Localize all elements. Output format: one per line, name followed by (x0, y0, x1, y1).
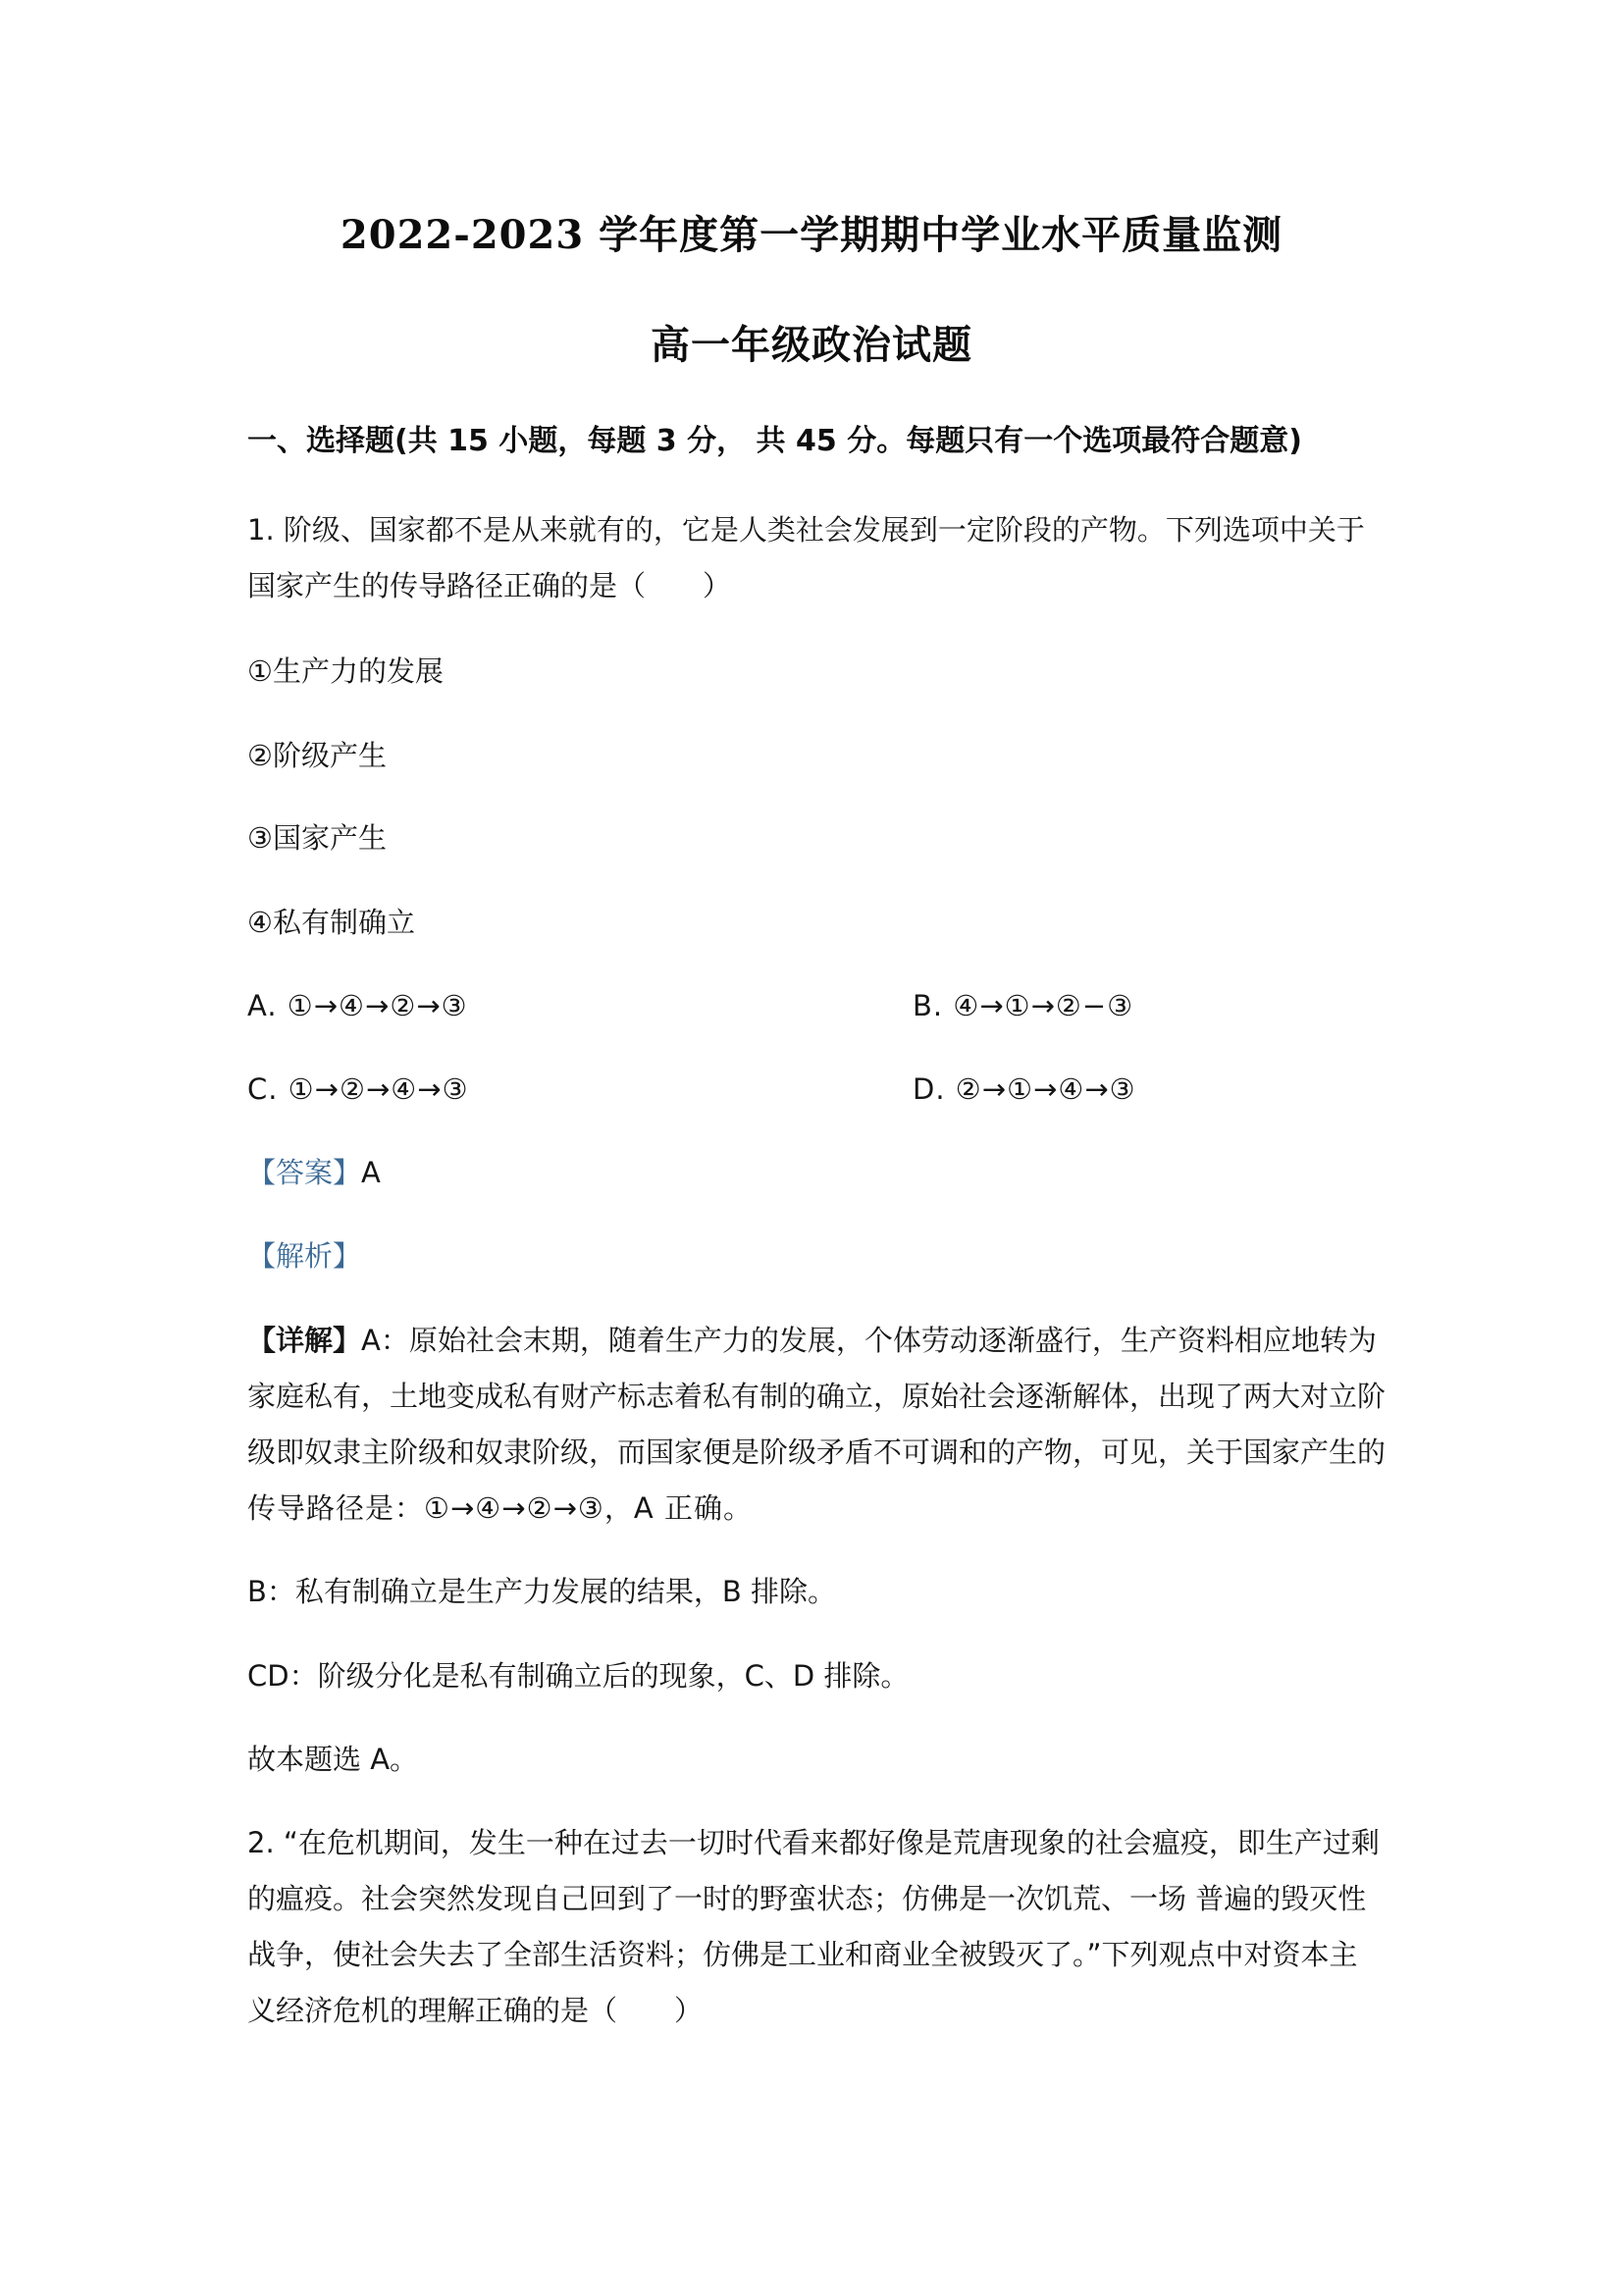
q1-conclusion: 故本题选 A。 (247, 1740, 418, 1779)
analysis-tag: 【解析】 (247, 1239, 361, 1273)
q1-answer: 【答案】A (247, 1153, 381, 1192)
q2-stem-line-2: 的瘟疫。社会突然发现自己回到了一时的野蛮状态；仿佛是一次饥荒、一场 普遍的毁灭性 (247, 1879, 1366, 1918)
answer-value: A (361, 1156, 381, 1189)
q2-stem-line-1: 2. “在危机期间，发生一种在过去一切时代看来都好像是荒唐现象的社会瘟疫，即生产… (247, 1823, 1380, 1862)
q1-stem-line-1: 1. 阶级、国家都不是从来就有的，它是人类社会发展到一定阶段的产物。下列选项中关… (247, 510, 1365, 549)
q1-option-a: A. ①→④→②→③ (247, 986, 468, 1025)
q1-item-1: ①生产力的发展 (247, 652, 444, 691)
q1-analysis: 【解析】 (247, 1236, 361, 1276)
q1-detail-line-2: 家庭私有，土地变成私有财产标志着私有制的确立，原始社会逐渐解体，出现了两大对立阶 (247, 1377, 1386, 1416)
answer-tag: 【答案】 (247, 1156, 361, 1189)
q2-stem-line-3: 战争，使社会失去了全部生活资料；仿佛是工业和商业全被毁灭了。”下列观点中对资本主 (247, 1935, 1358, 1974)
q1-explain-cd: CD：阶级分化是私有制确立后的现象，C、D 排除。 (247, 1656, 909, 1696)
detail-text: A：原始社会末期，随着生产力的发展，个体劳动逐渐盛行，生产资料相应地转为 (361, 1324, 1377, 1357)
q2-stem-line-4: 义经济危机的理解正确的是（ ） (247, 1991, 703, 2030)
q1-detail-line-3: 级即奴隶主阶级和奴隶阶级，而国家便是阶级矛盾不可调和的产物，可见，关于国家产生的 (247, 1433, 1386, 1472)
section-heading: 一、选择题(共 15 小题，每题 3 分， 共 45 分。每题只有一个选项最符合… (247, 422, 1302, 461)
q1-detail-line-1: 【详解】A：原始社会末期，随着生产力的发展，个体劳动逐渐盛行，生产资料相应地转为 (247, 1321, 1377, 1360)
q1-option-d: D. ②→①→④→③ (913, 1070, 1136, 1109)
document-page: 2022-2023 学年度第一学期期中学业水平质量监测 高一年级政治试题 一、选… (0, 0, 1623, 2296)
q1-stem-line-2: 国家产生的传导路径正确的是（ ） (247, 566, 731, 605)
q1-detail-line-4: 传导路径是：①→④→②→③，A 正确。 (247, 1488, 753, 1528)
exam-subtitle: 高一年级政治试题 (0, 314, 1623, 370)
exam-title: 2022-2023 学年度第一学期期中学业水平质量监测 (0, 204, 1623, 260)
q1-item-2: ②阶级产生 (247, 736, 387, 775)
detail-tag: 【详解】 (247, 1324, 361, 1357)
q1-option-c: C. ①→②→④→③ (247, 1070, 469, 1109)
q1-item-3: ③国家产生 (247, 818, 387, 858)
q1-option-b: B. ④→①→②−③ (913, 986, 1133, 1025)
q1-item-4: ④私有制确立 (247, 903, 415, 942)
q1-explain-b: B：私有制确立是生产力发展的结果，B 排除。 (247, 1572, 836, 1611)
